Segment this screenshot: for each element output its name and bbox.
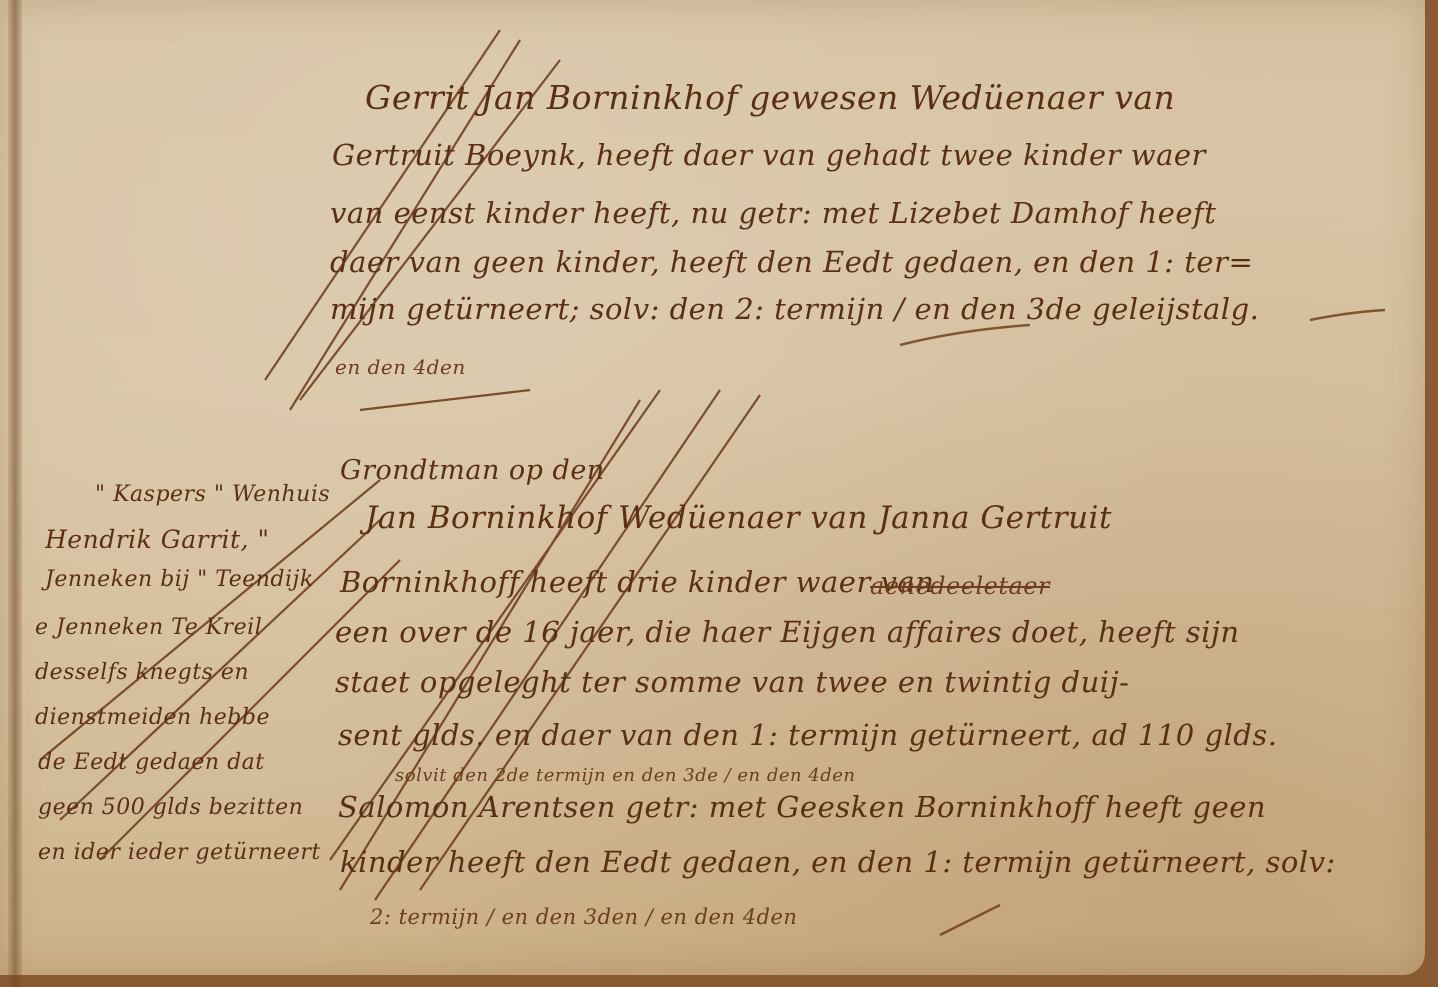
entry-2-line-1: Jan Borninkhof Wedüenaer van Janna Gertr… — [365, 500, 1112, 536]
entry-1-line-1: Gerrit Jan Borninkhof gewesen Wedüenaer … — [365, 78, 1175, 117]
margin-line-3: Jenneken bij " Teendijk — [45, 567, 314, 592]
entry-2-line-6: solvit den 2de termijn en den 3de / en d… — [395, 765, 856, 786]
entry-2-line-8: kinder heeft den Eedt gedaen, en den 1: … — [340, 845, 1336, 879]
struck-text: aenedeeletaer — [870, 572, 1050, 600]
entry-2-line-7: Salomon Arentsen getr: met Geesken Borni… — [338, 790, 1266, 824]
margin-line-5: desselfs knegts en — [35, 660, 249, 685]
margin-line-4: e Jenneken Te Kreil — [35, 615, 262, 640]
entry-2-line-3: een over de 16 jaer, die haer Eijgen aff… — [335, 615, 1240, 649]
entry-1-line-4: daer van geen kinder, heeft den Eedt ged… — [330, 245, 1253, 279]
margin-line-1: " Kaspers " Wenhuis — [95, 482, 330, 507]
entry-2-line-2: Borninkhoff heeft drie kinder waer van — [340, 565, 934, 599]
entry-1-line-3: van eenst kinder heeft, nu getr: met Liz… — [330, 196, 1216, 230]
entry-2-line-5: sent glds. en daer van den 1: termijn ge… — [338, 718, 1277, 752]
entry-1-line-5: mijn getürneert; solv: den 2: termijn / … — [330, 292, 1259, 326]
entry-2-line-4: staet opgeleght ter somme van twee en tw… — [335, 665, 1129, 699]
entry-2-heading: Grondtman op den — [340, 455, 605, 486]
margin-line-2: Hendrik Garrit, " — [45, 525, 269, 554]
entry-1-line-6: en den 4den — [335, 355, 466, 379]
margin-line-9: en ider ieder getürneert — [38, 840, 321, 865]
entry-1-line-2: Gertruit Boeynk, heeft daer van gehadt t… — [332, 138, 1206, 172]
entry-2-line-9: 2: termijn / en den 3den / en den 4den — [370, 905, 797, 929]
margin-line-7: de Eedt gedaen dat — [38, 750, 265, 775]
margin-line-8: geen 500 glds bezitten — [38, 795, 303, 820]
page-binding-edge — [8, 0, 22, 987]
margin-line-6: dienstmeiden hebbe — [35, 705, 270, 730]
